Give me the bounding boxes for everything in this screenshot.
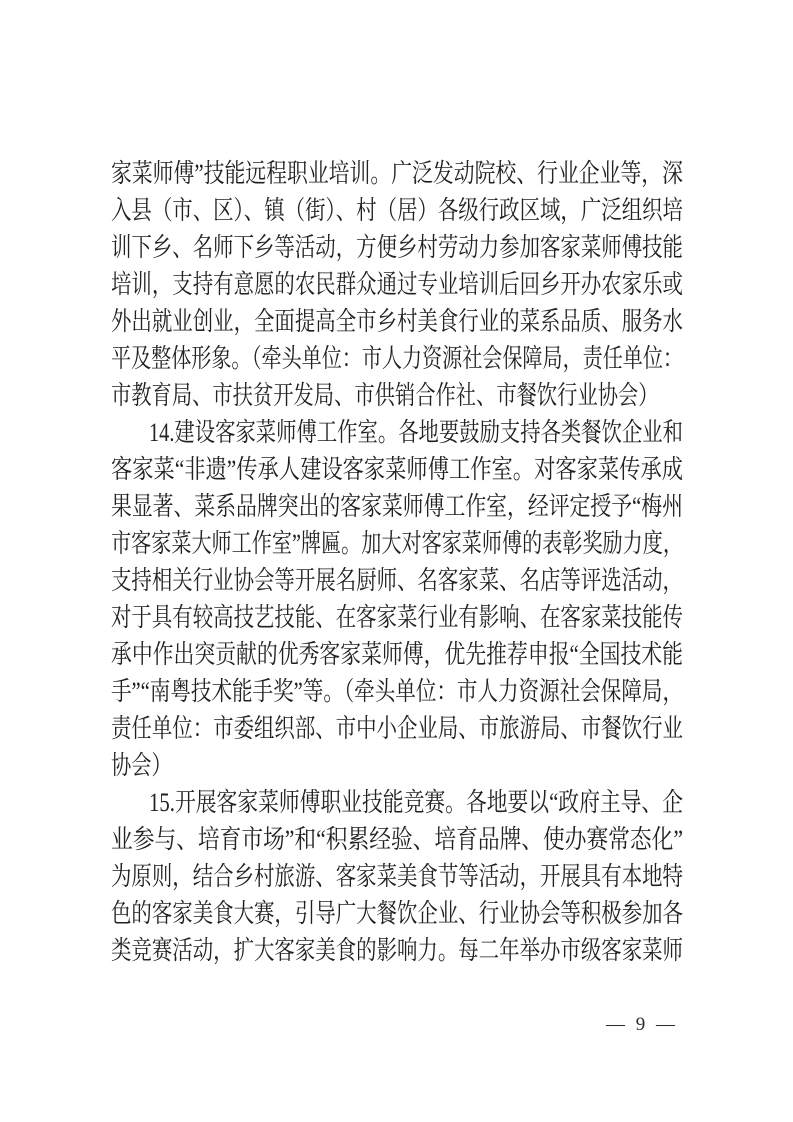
text-line: 为原则，结合乡村旅游、客家菜美食节等活动，开展具有本地特 [111,858,683,895]
text-line: 业参与、培育市场”和“积累经验、培育品牌、使办赛常态化” [111,821,683,858]
text-line: 训下乡、名师下乡等活动，方便乡村劳动力参加客家菜师傅技能 [111,229,683,266]
text-line: 色的客家美食大赛，引导广大餐饮企业、行业协会等积极参加各 [111,895,683,932]
document-page: 家菜师傅”技能远程职业培训。广泛发动院校、行业企业等，深入县（市、区）、镇（街）… [0,0,793,1122]
text-line: 平及整体形象。（牵头单位：市人力资源社会保障局，责任单位： [111,340,683,377]
text-line: 对于具有较高技艺技能、在客家菜行业有影响、在客家菜技能传 [111,599,683,636]
text-line: 协会） [111,747,683,784]
text-line: 14.建设客家菜师傅工作室。各地要鼓励支持各类餐饮企业和 [111,414,683,451]
text-line: 承中作出突贡献的优秀客家菜师傅，优先推荐申报“全国技术能 [111,636,683,673]
text-line: 果显著、菜系品牌突出的客家菜师傅工作室，经评定授予“梅州 [111,488,683,525]
text-line: 市客家菜大师工作室”牌匾。加大对客家菜师傅的表彰奖励力度， [111,525,683,562]
text-line: 市教育局、市扶贫开发局、市供销合作社、市餐饮行业协会） [111,377,683,414]
text-line: 入县（市、区）、镇（街）、村（居）各级行政区域，广泛组织培 [111,192,683,229]
text-line: 培训，支持有意愿的农民群众通过专业培训后回乡开办农家乐或 [111,266,683,303]
text-line: 15.开展客家菜师傅职业技能竞赛。各地要以“政府主导、企 [111,784,683,821]
document-text-block: 家菜师傅”技能远程职业培训。广泛发动院校、行业企业等，深入县（市、区）、镇（街）… [111,155,683,969]
text-line: 支持相关行业协会等开展名厨师、名客家菜、名店等评选活动， [111,562,683,599]
text-line: 类竞赛活动，扩大客家美食的影响力。每二年举办市级客家菜师 [111,932,683,969]
page-number: — 9 — [606,1013,678,1037]
text-line: 家菜师傅”技能远程职业培训。广泛发动院校、行业企业等，深 [111,155,683,192]
text-line: 外出就业创业，全面提高全市乡村美食行业的菜系品质、服务水 [111,303,683,340]
text-line: 责任单位：市委组织部、市中小企业局、市旅游局、市餐饮行业 [111,710,683,747]
text-line: 手”“南粤技术能手奖”等。（牵头单位：市人力资源社会保障局， [111,673,683,710]
text-line: 客家菜“非遗”传承人建设客家菜师傅工作室。对客家菜传承成 [111,451,683,488]
